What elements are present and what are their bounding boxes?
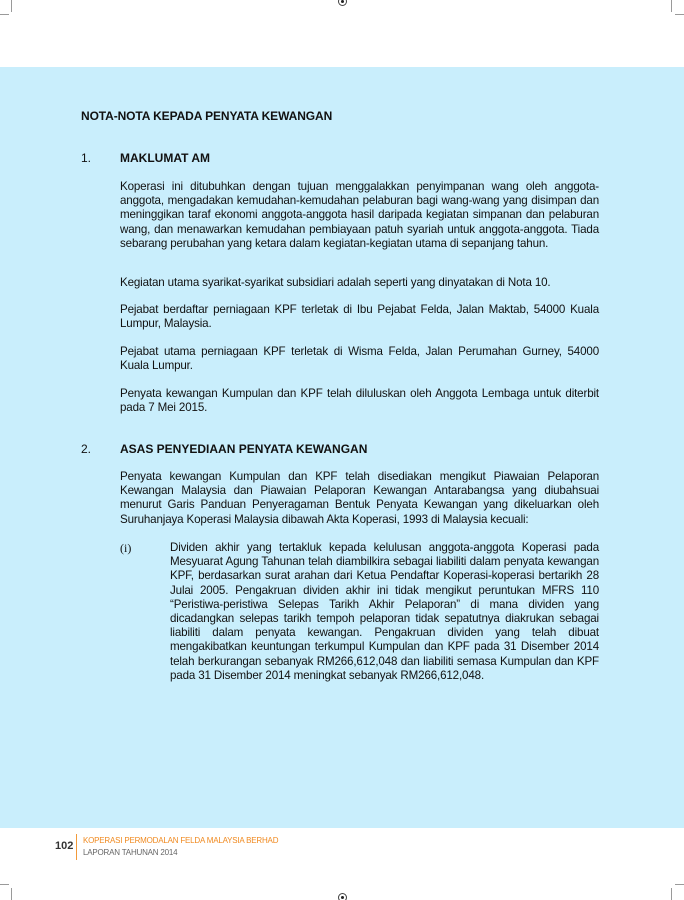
- crop-mark: [11, 888, 12, 900]
- section-heading: MAKLUMAT AM: [120, 151, 210, 165]
- footer-divider: [76, 834, 77, 860]
- crop-mark: [671, 0, 672, 12]
- list-item-text: Dividen akhir yang tertakluk kepada kelu…: [170, 541, 599, 683]
- section-number: 1.: [81, 151, 91, 165]
- crop-mark: [671, 888, 672, 900]
- crop-mark: [11, 0, 12, 12]
- paragraph: Kegiatan utama syarikat-syarikat subsidi…: [120, 276, 599, 290]
- section-heading: ASAS PENYEDIAAN PENYATA KEWANGAN: [120, 442, 367, 456]
- footer-organization: KOPERASI PERMODALAN FELDA MALAYSIA BERHA…: [83, 836, 278, 845]
- crop-mark: [675, 884, 684, 885]
- crop-mark: [0, 14, 9, 15]
- registration-mark-icon: [338, 893, 347, 900]
- footer-report-title: LAPORAN TAHUNAN 2014: [83, 848, 177, 857]
- paragraph: Penyata kewangan Kumpulan dan KPF telah …: [120, 470, 599, 527]
- paragraph: Pejabat berdaftar perniagaan KPF terleta…: [120, 303, 599, 331]
- paragraph: Koperasi ini ditubuhkan dengan tujuan me…: [120, 180, 599, 251]
- crop-mark: [0, 884, 9, 885]
- paragraph: Penyata kewangan Kumpulan dan KPF telah …: [120, 387, 599, 415]
- page-title: NOTA-NOTA KEPADA PENYATA KEWANGAN: [81, 109, 332, 123]
- list-item-label: (i): [120, 541, 131, 556]
- section-number: 2.: [81, 442, 91, 456]
- paragraph: Pejabat utama perniagaan KPF terletak di…: [120, 345, 599, 373]
- crop-mark: [675, 14, 684, 15]
- page-number: 102: [55, 840, 73, 852]
- registration-mark-icon: [338, 0, 347, 6]
